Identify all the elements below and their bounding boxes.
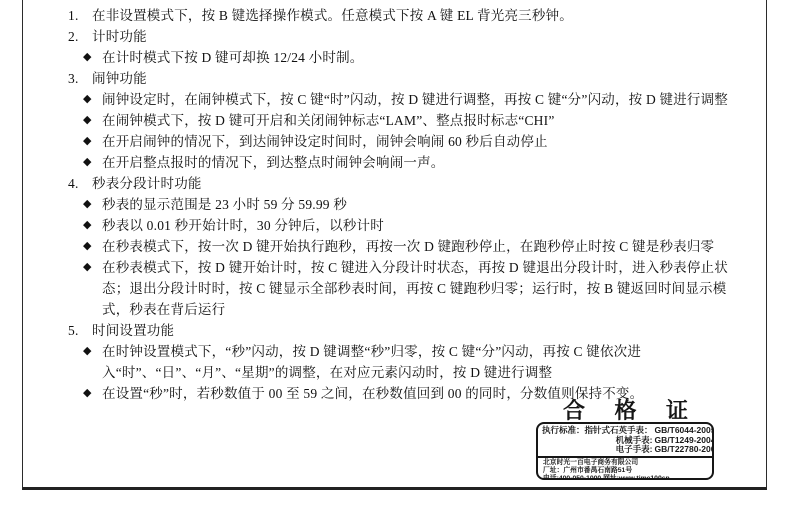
- item-text: 在秒表模式下，按一次 D 键开始执行跑秒，再按一次 D 键跑秒停止，在跑秒停止时…: [102, 236, 749, 257]
- item-text: 计时功能: [92, 26, 749, 47]
- diamond-bullet-icon: ◆: [83, 383, 102, 404]
- diamond-bullet-icon: ◆: [83, 47, 102, 68]
- section-item: 3.闹钟功能: [68, 68, 749, 89]
- diamond-bullet-icon: ◆: [83, 215, 102, 236]
- item-text: 在开启整点报时的情况下，到达整点时闹钟会响闹一声。: [102, 152, 749, 173]
- diamond-bullet-icon: ◆: [83, 152, 102, 173]
- instruction-list: 1.在非设置模式下，按 B 键选择操作模式。任意模式下按 A 键 EL 背光亮三…: [68, 5, 749, 404]
- company-info-line: 电话:400-050-1000 网址:www.time100cn: [543, 475, 670, 480]
- item-text: 秒表分段计时功能: [92, 173, 749, 194]
- item-number: 3.: [68, 68, 92, 89]
- item-number: 2.: [68, 26, 92, 47]
- item-number: 1.: [68, 5, 92, 26]
- item-text: 在非设置模式下，按 B 键选择操作模式。任意模式下按 A 键 EL 背光亮三秒钟…: [92, 5, 749, 26]
- item-text: 在闹钟模式下，按 D 键可开启和关闭闹钟标志“LAM”、整点报时标志“CHI”: [102, 110, 749, 131]
- item-text: 秒表以 0.01 秒开始计时，30 分钟后，以秒计时: [102, 215, 749, 236]
- bullet-item: ◆在闹钟模式下，按 D 键可开启和关闭闹钟标志“LAM”、整点报时标志“CHI”: [68, 110, 749, 131]
- document-page: 1.在非设置模式下，按 B 键选择操作模式。任意模式下按 A 键 EL 背光亮三…: [0, 0, 790, 508]
- section-item: 1.在非设置模式下，按 B 键选择操作模式。任意模式下按 A 键 EL 背光亮三…: [68, 5, 749, 26]
- item-text: 在开启闹钟的情况下，到达闹钟设定时间时，闹钟会响闹 60 秒后自动停止: [102, 131, 749, 152]
- certificate-title: 合 格 证: [537, 394, 714, 425]
- diamond-bullet-icon: ◆: [83, 341, 102, 362]
- standard-label: 电子手表:: [542, 445, 653, 455]
- bullet-item: ◆在开启整点报时的情况下，到达整点时闹钟会响闹一声。: [68, 152, 749, 173]
- bullet-item: ◆在秒表模式下，按 D 键开始计时，按 C 键进入分段计时状态，再按 D 键退出…: [68, 257, 749, 320]
- diamond-bullet-icon: ◆: [83, 131, 102, 152]
- diamond-bullet-icon: ◆: [83, 110, 102, 131]
- diamond-bullet-icon: ◆: [83, 236, 102, 257]
- section-item: 2.计时功能: [68, 26, 749, 47]
- item-text: 时间设置功能: [92, 320, 749, 341]
- bullet-item: ◆秒表以 0.01 秒开始计时，30 分钟后，以秒计时: [68, 215, 749, 236]
- bullet-item: ◆在开启闹钟的情况下，到达闹钟设定时间时，闹钟会响闹 60 秒后自动停止: [68, 131, 749, 152]
- item-number: 5.: [68, 320, 92, 341]
- certificate-company: 北京时光一百电子商务有限公司厂址：广州市番禺石南路51号电话:400-050-1…: [538, 458, 712, 481]
- bullet-item: ◆秒表的显示范围是 23 小时 59 分 59.99 秒: [68, 194, 749, 215]
- section-item: 4.秒表分段计时功能: [68, 173, 749, 194]
- company-info-line: 北京时光一百电子商务有限公司: [543, 459, 707, 467]
- bullet-item: ◆在计时模式下按 D 键可却换 12/24 小时制。: [68, 47, 749, 68]
- certificate-standards: 执行标准：指针式石英手表：GB/T6044-2005机械手表:GB/T1249-…: [538, 424, 712, 458]
- bullet-item: ◆在秒表模式下，按一次 D 键开始执行跑秒，再按一次 D 键跑秒停止，在跑秒停止…: [68, 236, 749, 257]
- bullet-item: ◆在时钟设置模式下，“秒”闪动，按 D 键调整“秒”归零，按 C 键“分”闪动，…: [68, 341, 749, 383]
- bullet-item: ◆闹钟设定时，在闹钟模式下，按 C 键“时”闪动，按 D 键进行调整，再按 C …: [68, 89, 749, 110]
- diamond-bullet-icon: ◆: [83, 194, 102, 215]
- item-text: 在计时模式下按 D 键可却换 12/24 小时制。: [102, 47, 749, 68]
- item-number: 4.: [68, 173, 92, 194]
- diamond-bullet-icon: ◆: [83, 89, 102, 110]
- item-text: 在时钟设置模式下，“秒”闪动，按 D 键调整“秒”归零，按 C 键“分”闪动，再…: [102, 341, 749, 383]
- standard-value: GB/T22780-2008: [653, 445, 714, 455]
- item-text: 在秒表模式下，按 D 键开始计时，按 C 键进入分段计时状态，再按 D 键退出分…: [102, 257, 749, 320]
- item-text: 闹钟功能: [92, 68, 749, 89]
- certificate-box: 执行标准：指针式石英手表：GB/T6044-2005机械手表:GB/T1249-…: [536, 422, 714, 480]
- item-text: 闹钟设定时，在闹钟模式下，按 C 键“时”闪动，按 D 键进行调整，再按 C 键…: [102, 89, 749, 110]
- section-item: 5.时间设置功能: [68, 320, 749, 341]
- diamond-bullet-icon: ◆: [83, 257, 102, 278]
- item-text: 秒表的显示范围是 23 小时 59 分 59.99 秒: [102, 194, 749, 215]
